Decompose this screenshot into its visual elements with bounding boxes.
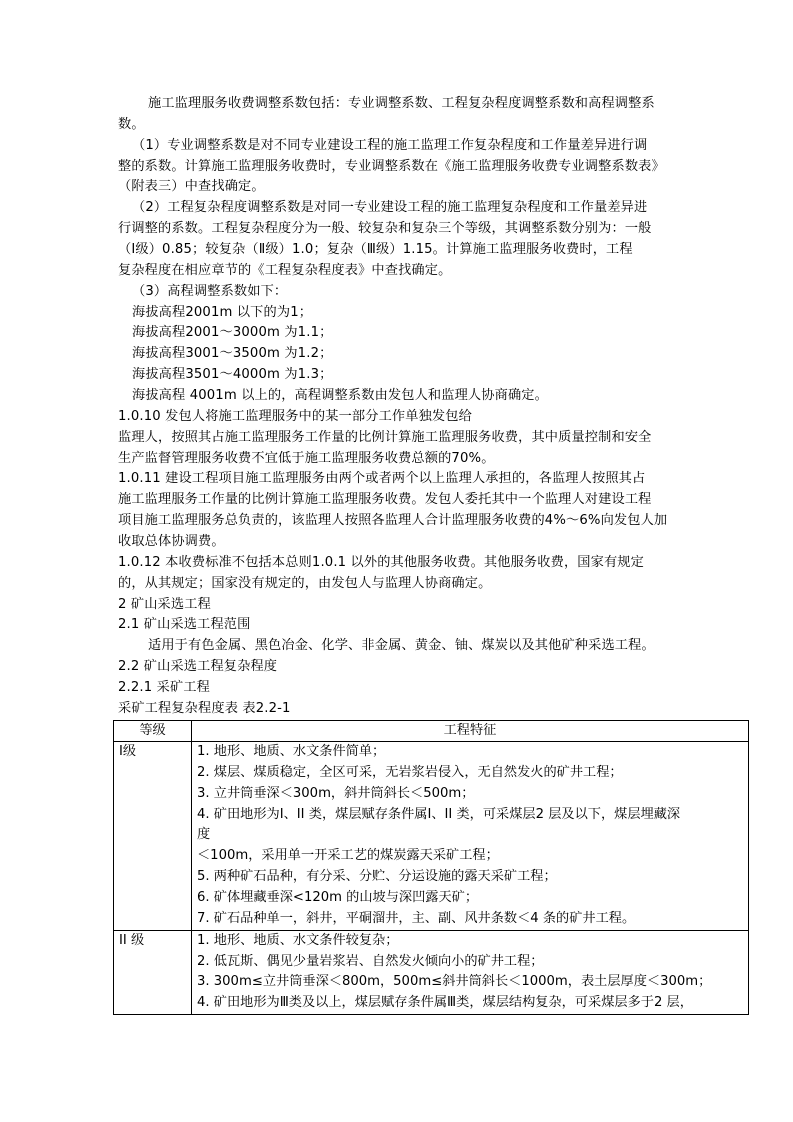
- header-grade: 等级: [114, 721, 192, 742]
- feature-line: 2. 煤层、煤质稳定，全区可采，无岩浆岩侵入，无自然发火的矿井工程；: [197, 763, 748, 784]
- text-line: 整的系数。计算施工监理服务收费时，专业调整系数在《施工监理服务收费专业调整系数表…: [118, 157, 750, 178]
- feature-line: 2. 低瓦斯、偶见少量岩浆岩、自然发火倾向小的矿井工程；: [197, 952, 748, 973]
- feature-line: 1. 地形、地质、水文条件较复杂；: [197, 931, 748, 952]
- text-line: 2 矿山采选工程: [118, 595, 750, 616]
- text-line: 施工监理服务收费调整系数包括：专业调整系数、工程复杂程度调整系数和高程调整系: [118, 94, 750, 115]
- text-line: （2）工程复杂程度调整系数是对同一专业建设工程的施工监理复杂程度和工作量差异进: [118, 198, 750, 219]
- text-line: 的，从其规定；国家没有规定的，由发包人与监理人协商确定。: [118, 574, 750, 595]
- features-cell: 1. 地形、地质、水文条件较复杂； 2. 低瓦斯、偶见少量岩浆岩、自然发火倾向小…: [192, 930, 749, 1014]
- text-line: 海拔高程2001m 以下的为1；: [118, 303, 750, 324]
- feature-line: 3. 立井筒垂深＜300m，斜井筒斜长＜500m；: [197, 784, 748, 805]
- text-line: 2.2.1 采矿工程: [118, 678, 750, 699]
- header-features: 工程特征: [192, 721, 749, 742]
- text-line: 生产监督管理服务收费不宜低于施工监理服务收费总额的70%。: [118, 449, 750, 470]
- document-body: 施工监理服务收费调整系数包括：专业调整系数、工程复杂程度调整系数和高程调整系数。…: [118, 94, 750, 720]
- table-row: II 级 1. 地形、地质、水文条件较复杂； 2. 低瓦斯、偶见少量岩浆岩、自然…: [114, 930, 749, 1014]
- mining-complexity-table: 等级 工程特征 Ⅰ级 1. 地形、地质、水文条件简单； 2. 煤层、煤质稳定，全…: [113, 720, 749, 1015]
- text-line: 收取总体协调费。: [118, 532, 750, 553]
- text-line: 海拔高程2001～3000m 为1.1；: [118, 323, 750, 344]
- feature-line: 3. 300m≤立井筒垂深＜800m，500m≤斜井筒斜长＜1000m，表土层厚…: [197, 972, 748, 993]
- table-header-row: 等级 工程特征: [114, 721, 749, 742]
- feature-line: 6. 矿体埋藏垂深<120m 的山坡与深凹露天矿；: [197, 888, 748, 909]
- feature-line: ＜100m，采用单一开采工艺的煤炭露天采矿工程；: [197, 846, 748, 867]
- feature-line: 4. 矿田地形为Ⅲ类及以上，煤层赋存条件属Ⅲ类，煤层结构复杂，可采煤层多于2 层…: [197, 993, 748, 1014]
- text-line: 施工监理服务工作量的比例计算施工监理服务收费。发包人委托其中一个监理人对建设工程: [118, 490, 750, 511]
- text-line: 海拔高程 4001m 以上的，高程调整系数由发包人和监理人协商确定。: [118, 386, 750, 407]
- grade-cell: II 级: [114, 930, 192, 1014]
- text-line: 项目施工监理服务总负责的，该监理人按照各监理人合计监理服务收费的4%～6%向发包…: [118, 511, 750, 532]
- feature-line: 7. 矿石品种单一，斜井，平硐溜井，主、副、风井条数＜4 条的矿井工程。: [197, 909, 748, 930]
- feature-line: 4. 矿田地形为I、II 类，煤层赋存条件属I、II 类，可采煤层2 层及以下，…: [197, 805, 748, 826]
- text-line: 适用于有色金属、黑色冶金、化学、非金属、黄金、铀、煤炭以及其他矿种采选工程。: [118, 636, 750, 657]
- text-line: （附表三）中查找确定。: [118, 177, 750, 198]
- text-line: 1.0.11 建设工程项目施工监理服务由两个或者两个以上监理人承担的，各监理人按…: [118, 469, 750, 490]
- text-line: 海拔高程3501～4000m 为1.3；: [118, 365, 750, 386]
- text-line: （Ⅰ级）0.85；较复杂（Ⅱ级）1.0；复杂（Ⅲ级）1.15。计算施工监理服务收…: [118, 240, 750, 261]
- table-row: Ⅰ级 1. 地形、地质、水文条件简单； 2. 煤层、煤质稳定，全区可采，无岩浆岩…: [114, 742, 749, 931]
- feature-line: 度: [197, 825, 748, 846]
- text-line: 2.2 矿山采选工程复杂程度: [118, 657, 750, 678]
- grade-cell: Ⅰ级: [114, 742, 192, 931]
- text-line: 1.0.12 本收费标准不包括本总则1.0.1 以外的其他服务收费。其他服务收费…: [118, 553, 750, 574]
- text-line: 海拔高程3001～3500m 为1.2；: [118, 344, 750, 365]
- text-line: 1.0.10 发包人将施工监理服务中的某一部分工作单独发包给: [118, 407, 750, 428]
- text-line: 行调整的系数。工程复杂程度分为一般、较复杂和复杂三个等级，其调整系数分别为：一般: [118, 219, 750, 240]
- text-line: 复杂程度在相应章节的《工程复杂程度表》中查找确定。: [118, 261, 750, 282]
- text-line: 采矿工程复杂程度表 表2.2-1: [118, 699, 750, 720]
- text-line: （1）专业调整系数是对不同专业建设工程的施工监理工作复杂程度和工作量差异进行调: [118, 136, 750, 157]
- text-line: 监理人，按照其占施工监理服务工作量的比例计算施工监理服务收费，其中质量控制和安全: [118, 428, 750, 449]
- feature-line: 1. 地形、地质、水文条件简单；: [197, 742, 748, 763]
- text-line: （3）高程调整系数如下：: [118, 282, 750, 303]
- feature-line: 5. 两种矿石品种，有分采、分贮、分运设施的露天采矿工程；: [197, 867, 748, 888]
- text-line: 数。: [118, 115, 750, 136]
- features-cell: 1. 地形、地质、水文条件简单； 2. 煤层、煤质稳定，全区可采，无岩浆岩侵入，…: [192, 742, 749, 931]
- text-line: 2.1 矿山采选工程范围: [118, 615, 750, 636]
